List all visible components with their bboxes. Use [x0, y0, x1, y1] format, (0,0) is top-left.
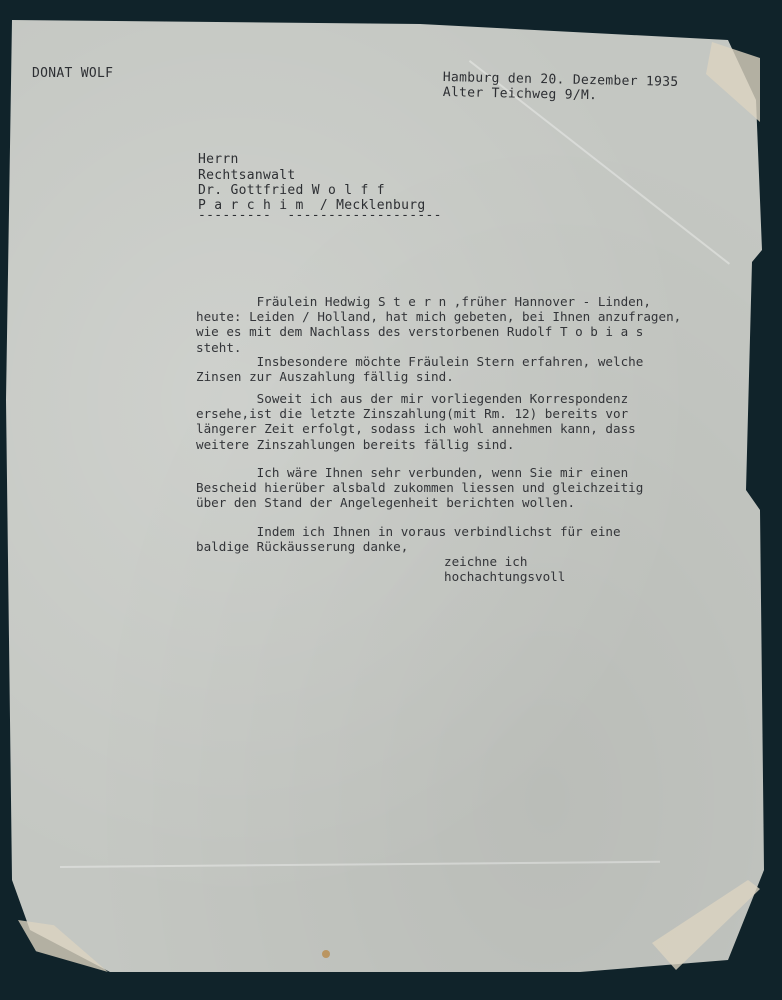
paragraph-4: Ich wäre Ihnen sehr verbunden, wenn Sie …	[196, 465, 766, 511]
sender-name: DONAT WOLF	[32, 66, 113, 81]
recipient-salutation: Herrn	[198, 152, 239, 167]
recipient-underline: --------- -------------------	[198, 208, 442, 223]
paragraph-5: Indem ich Ihnen in voraus verbindlichst …	[196, 524, 766, 554]
paper-stain	[322, 950, 330, 958]
recipient-name: Dr. Gottfried W o l f f	[198, 183, 385, 198]
paragraph-1: Fräulein Hedwig S t e r n ,früher Hannov…	[196, 294, 766, 355]
closing-line-1: zeichne ich	[444, 554, 782, 569]
paragraph-2: Insbesondere möchte Fräulein Stern erfah…	[196, 354, 766, 384]
closing-line-2: hochachtungsvoll	[444, 569, 782, 584]
sender-address: Alter Teichweg 9/M.	[443, 85, 598, 103]
recipient-title: Rechtsanwalt	[198, 168, 296, 183]
paragraph-3: Soweit ich aus der mir vorliegenden Korr…	[196, 391, 766, 452]
